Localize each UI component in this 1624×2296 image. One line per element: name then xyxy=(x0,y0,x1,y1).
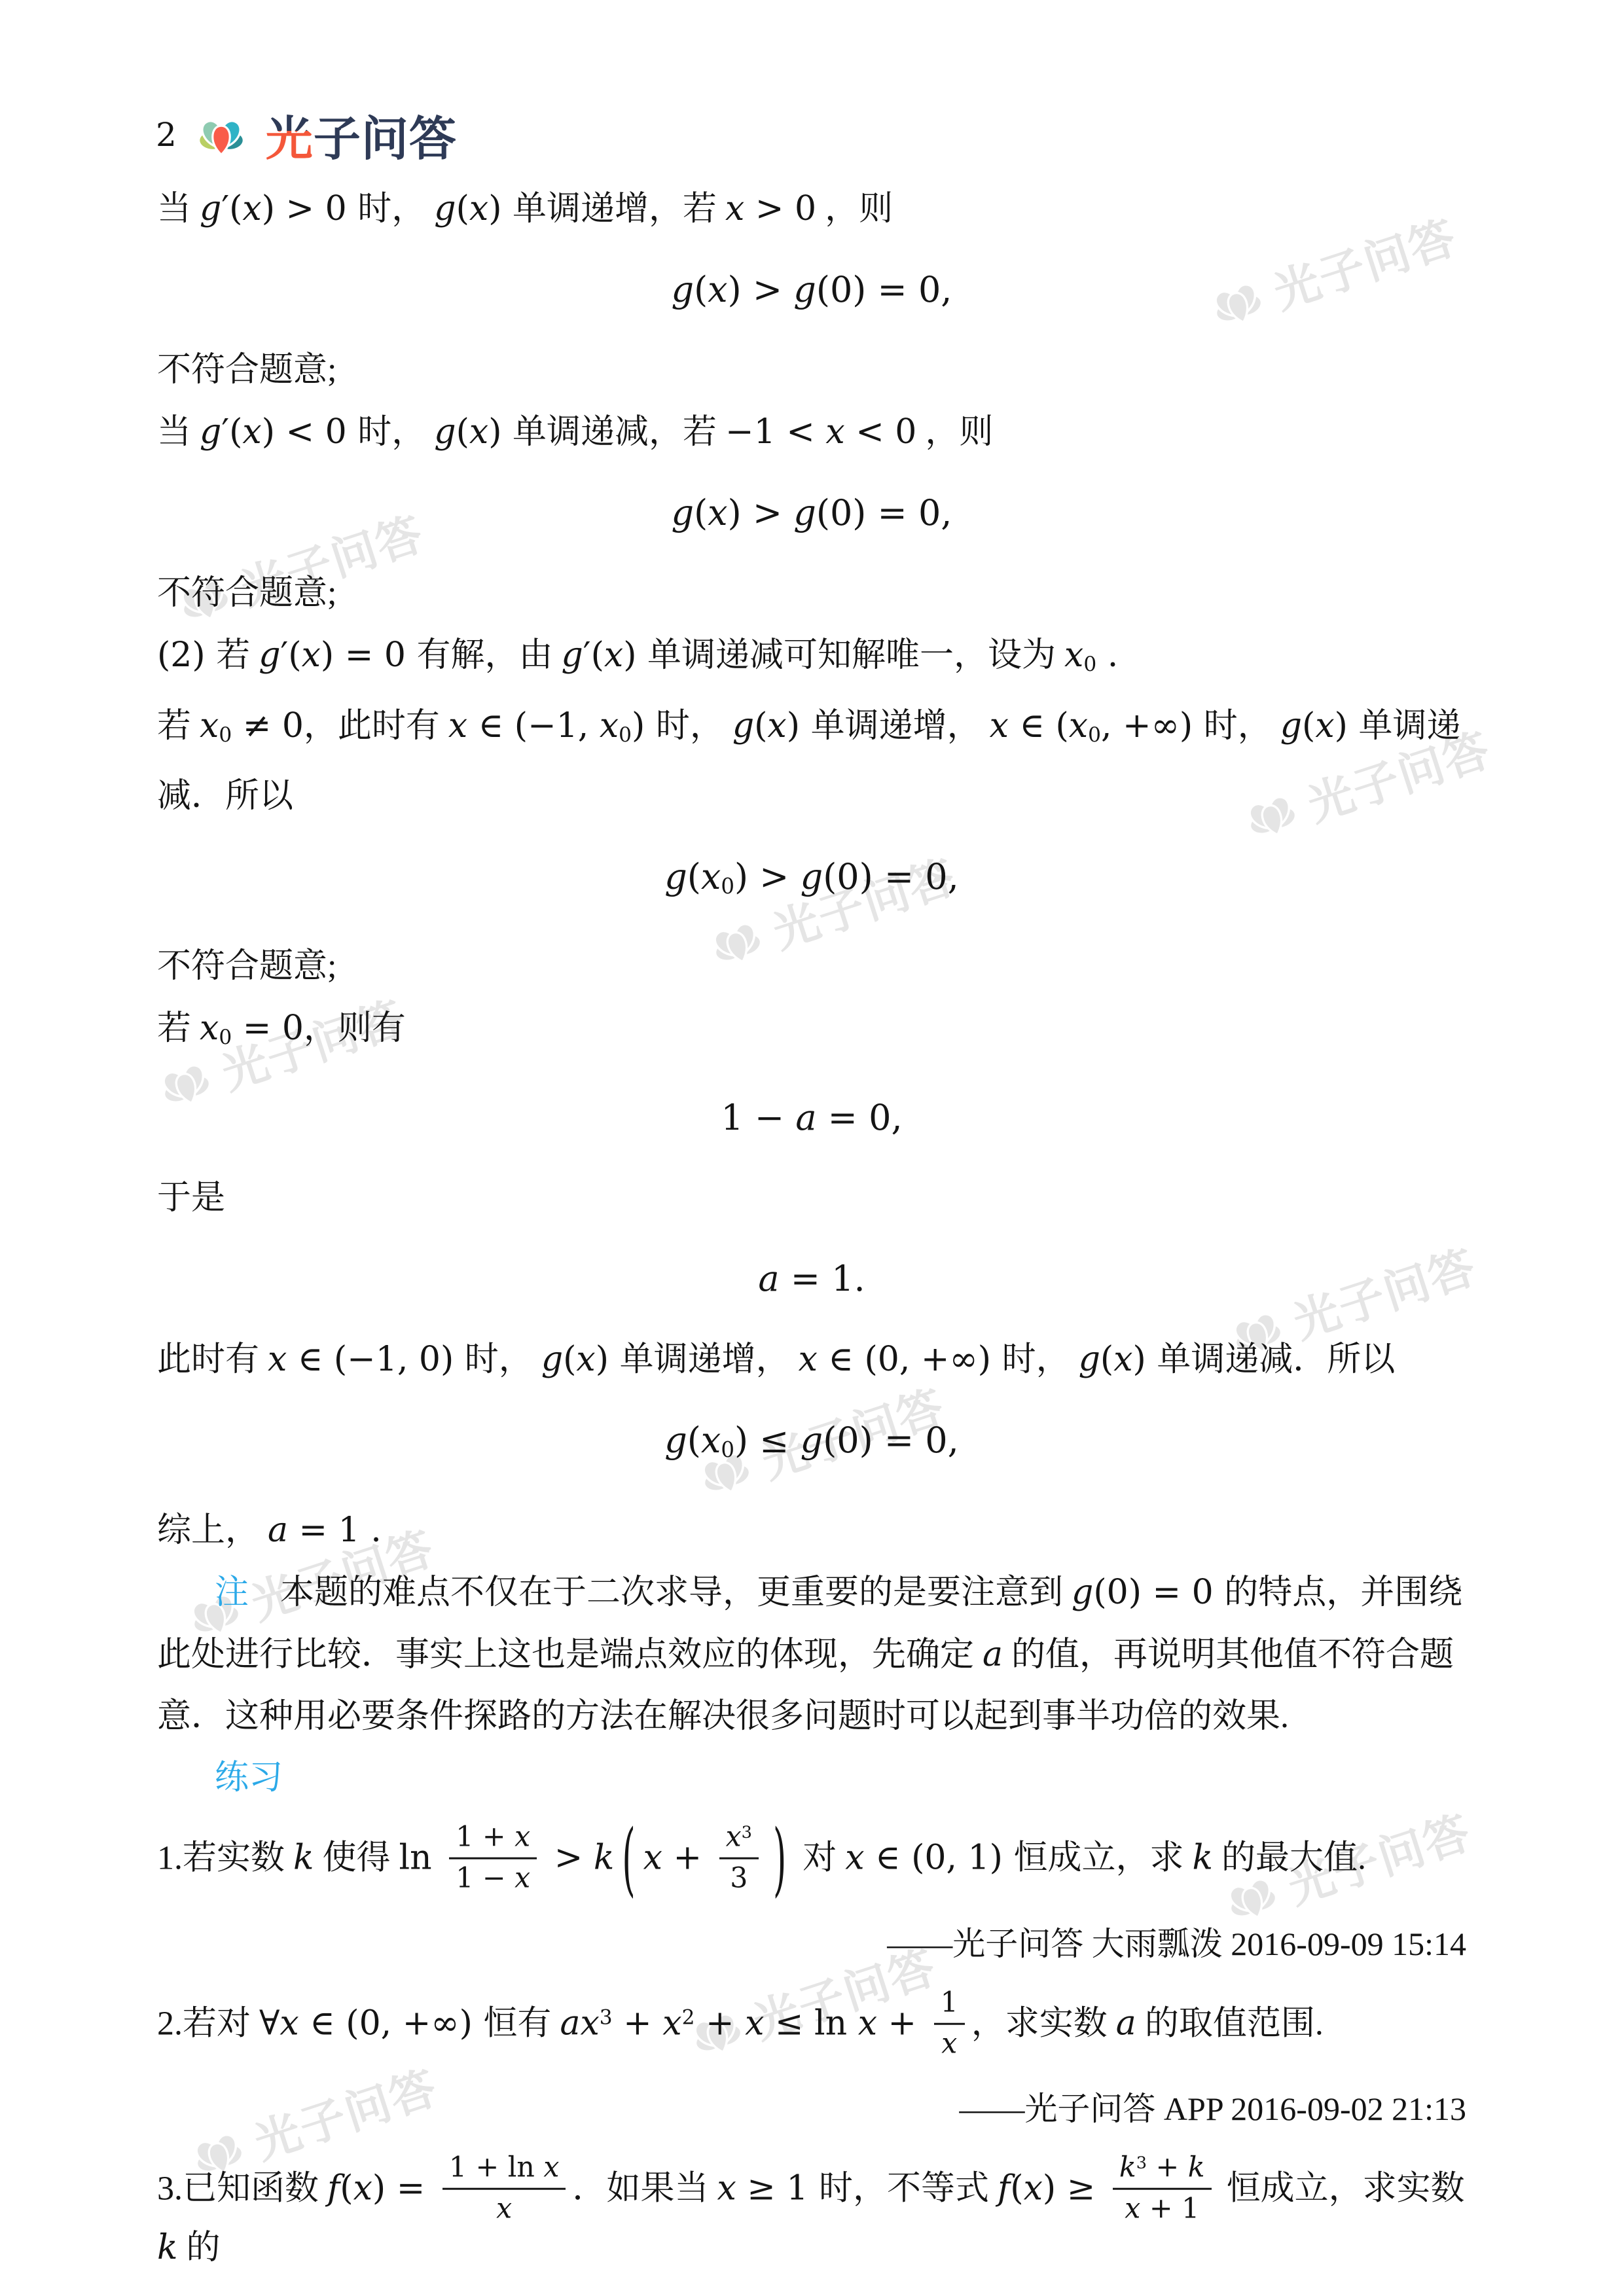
brand-logo-main-chars: 子问答 xyxy=(314,113,457,166)
page-header: 2 光子问答 xyxy=(156,98,457,171)
fraction: 1 + ln xx xyxy=(442,2153,566,2225)
fraction: 1x xyxy=(934,1987,965,2060)
display-formula: g(x0) > g(0) = 0, xyxy=(157,851,1466,912)
brand-logo-text: 光子问答 xyxy=(266,101,457,169)
solution-paragraph: 当 g′(x) < 0 时， g(x) 单调递减，若 −1 < x < 0 ，则 xyxy=(157,401,1466,463)
solution-paragraph: 于是 xyxy=(157,1168,1466,1229)
brand-logo-accent-char: 光 xyxy=(266,113,314,166)
fraction: x33 xyxy=(719,1822,759,1895)
fraction: k3 + kx + 1 xyxy=(1113,2153,1212,2225)
display-formula: g(x) > g(0) = 0, xyxy=(157,264,1466,316)
solution-paragraph: 不符合题意; xyxy=(157,340,1466,401)
exercise-problem: 1.若实数 k 使得 ln 1 + x1 − x > k(x + x33) 对 … xyxy=(157,1809,1466,1913)
solution-paragraph: 若 x0 ≠ 0，此时有 x ∈ (−1, x0) 时， g(x) 单调递增， … xyxy=(157,695,1466,827)
solution-paragraph: (2) 若 g′(x) = 0 有解，由 g′(x) 单调递减可知解唯一，设为 … xyxy=(157,624,1466,695)
page-number: 2 xyxy=(156,116,177,154)
source-attribution: ——光子问答 APP 2016-09-02 21:13 xyxy=(157,2078,1466,2140)
display-formula: 1 − a = 0, xyxy=(157,1092,1466,1144)
photon-fan-icon xyxy=(195,111,247,159)
display-formula: g(x0) ≤ g(0) = 0, xyxy=(157,1414,1466,1476)
solution-paragraph: 当 g′(x) > 0 时， g(x) 单调递增，若 x > 0 ，则 xyxy=(157,178,1466,240)
exercises-heading: 练习 xyxy=(157,1748,1466,1809)
display-formula: g(x) > g(0) = 0, xyxy=(157,487,1466,539)
note-paragraph: 注本题的难点不仅在于二次求导，更重要的是要注意到 g(0) = 0 的特点，并围… xyxy=(157,1562,1466,1748)
display-formula: a = 1. xyxy=(157,1253,1466,1305)
solution-paragraph: 不符合题意; xyxy=(157,563,1466,624)
source-attribution: ——光子问答 大雨瓢泼 2016-09-09 15:14 xyxy=(157,1913,1466,1975)
solution-paragraph: 若 x0 = 0，则有 xyxy=(157,997,1466,1068)
solution-paragraph: 此时有 x ∈ (−1, 0) 时， g(x) 单调递增， x ∈ (0, +∞… xyxy=(157,1329,1466,1391)
solution-paragraph: 综上， a = 1 . xyxy=(157,1499,1466,1562)
exercise-problem: 3.已知函数 f(x) = 1 + ln xx．如果当 x ≥ 1 时，不等式 … xyxy=(157,2140,1466,2284)
document-content: 当 g′(x) > 0 时， g(x) 单调递增，若 x > 0 ，则g(x) … xyxy=(157,178,1466,2284)
exercise-problem: 2.若对 ∀x ∈ (0, +∞) 恒有 ax3 + x2 + x ≤ ln x… xyxy=(157,1975,1466,2079)
solution-paragraph: 不符合题意; xyxy=(157,936,1466,997)
fraction: 1 + x1 − x xyxy=(449,1822,537,1895)
document-page: 光子问答光子问答光子问答光子问答光子问答光子问答光子问答光子问答光子问答光子问答… xyxy=(0,0,1624,2296)
